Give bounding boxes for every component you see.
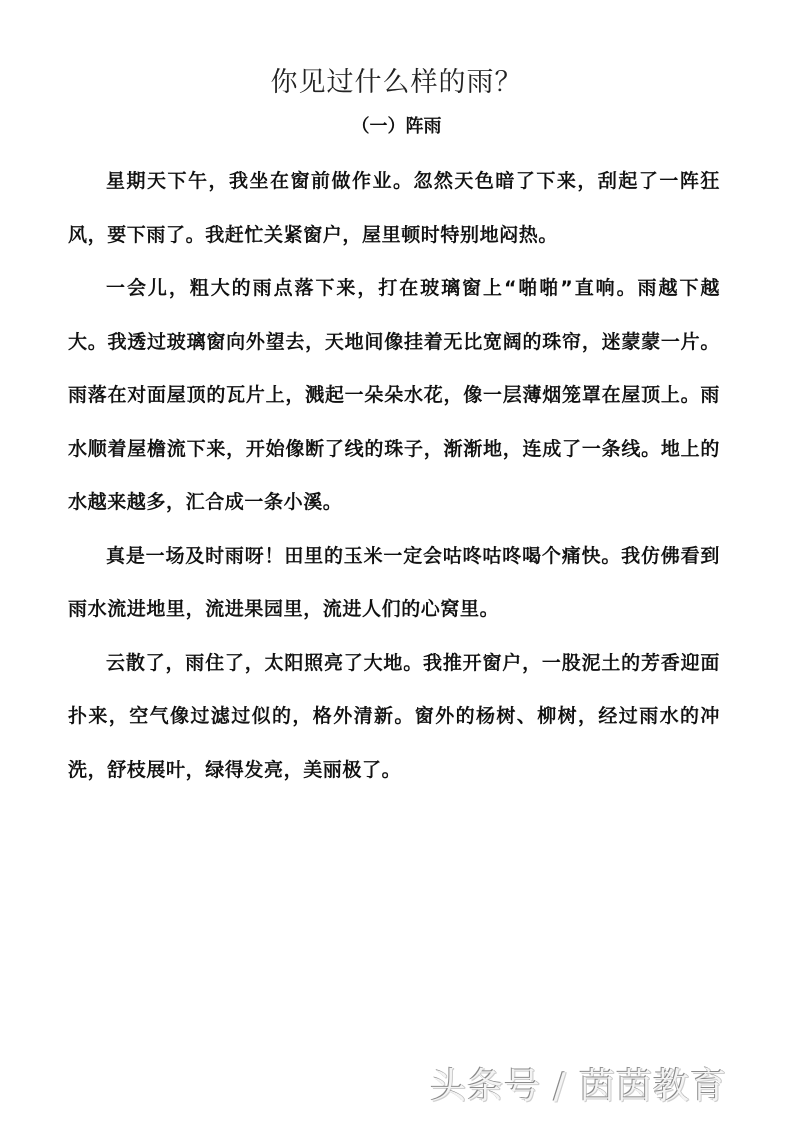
document-title: 你见过什么样的雨？ — [0, 60, 793, 99]
document-body: 星期天下午，我坐在窗前做作业。忽然天色暗了下来，刮起了一阵狂风，要下雨了。我赶忙… — [68, 155, 720, 797]
paragraph-3: 真是一场及时雨呀！田里的玉米一定会咕咚咕咚喝个痛快。我仿佛看到雨水流进地里，流进… — [68, 530, 720, 637]
watermark: 头条号 / 茵茵教育 — [430, 1058, 727, 1109]
section-heading: （一）阵雨 — [0, 112, 793, 138]
paragraph-1: 星期天下午，我坐在窗前做作业。忽然天色暗了下来，刮起了一阵狂风，要下雨了。我赶忙… — [68, 155, 720, 262]
paragraph-4: 云散了，雨住了，太阳照亮了大地。我推开窗户，一股泥土的芳香迎面扑来，空气像过滤过… — [68, 637, 720, 798]
paragraph-2: 一会儿，粗大的雨点落下来，打在玻璃窗上“啪啪”直响。雨越下越大。我透过玻璃窗向外… — [68, 262, 720, 530]
